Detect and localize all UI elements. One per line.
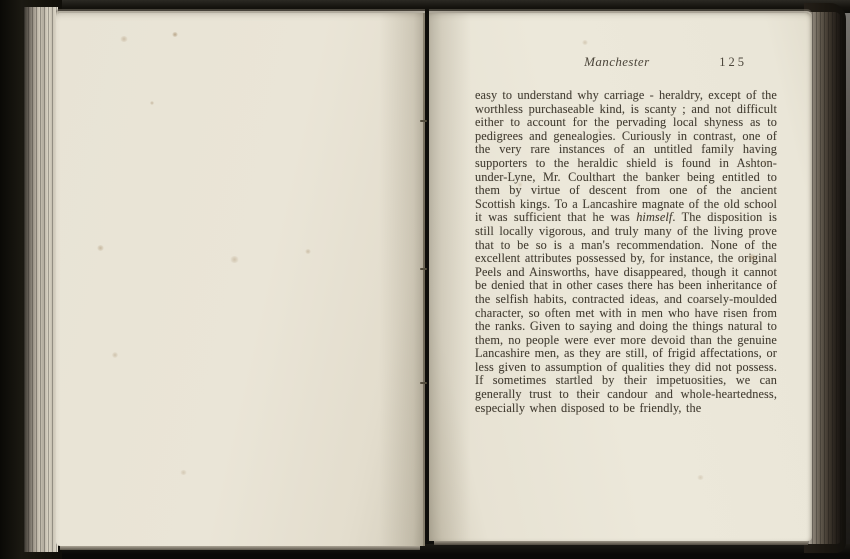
body-text-segment: easy to understand why carriage - herald… [475, 89, 777, 224]
foxing-spot [172, 32, 178, 37]
binding-stitch [420, 382, 427, 384]
foxing-spot [180, 470, 187, 475]
body-paragraph: easy to understand why carriage - herald… [475, 89, 777, 491]
right-page: Manchester 125 easy to understand why ca… [429, 13, 812, 541]
page-number: 125 [719, 55, 747, 70]
body-text-italic-word: himself [636, 210, 672, 224]
page-header: Manchester 125 [475, 54, 777, 72]
book-cover-top-edge [0, 0, 850, 13]
left-page-blank [56, 13, 425, 546]
book-gutter-fold [423, 13, 425, 546]
foxing-spot [230, 256, 239, 263]
right-page-bottom-edge [434, 541, 808, 545]
body-text-segment: . The disposition is still locally vigor… [475, 210, 777, 414]
foxing-spot [112, 352, 118, 358]
binding-stitch [420, 120, 427, 122]
binding-stitch [420, 268, 427, 270]
foxing-spot [120, 36, 128, 42]
foxing-spot [305, 249, 311, 254]
left-page-bottom-edge [60, 546, 420, 550]
running-title: Manchester [584, 54, 649, 70]
foxing-spot [97, 245, 104, 251]
foxing-spot [150, 101, 154, 105]
foxing-spot [582, 40, 588, 45]
page-stack-left-edge [24, 7, 58, 552]
page-stack-right-edge [808, 12, 842, 544]
book-photo: Manchester 125 easy to understand why ca… [0, 0, 850, 559]
